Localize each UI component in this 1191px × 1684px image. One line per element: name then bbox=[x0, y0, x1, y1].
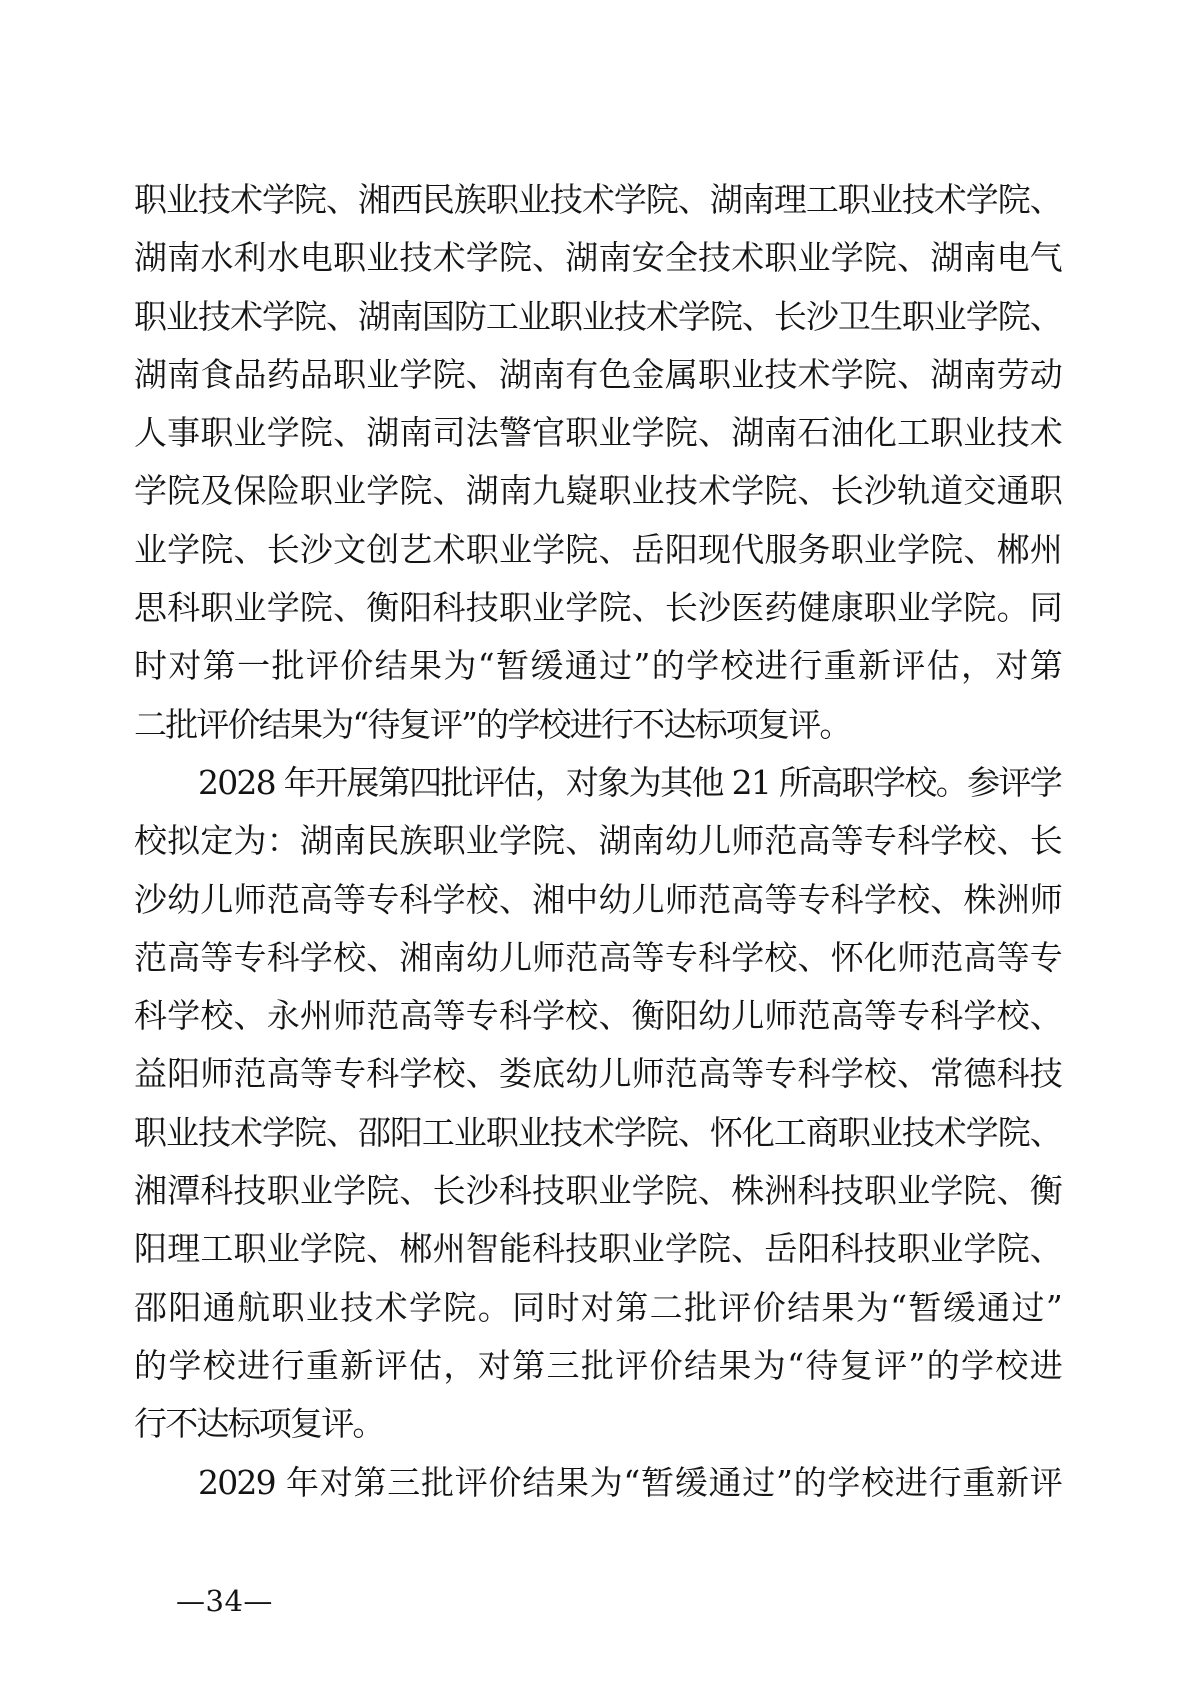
text-line: 学院及保险职业学院、湖南九嶷职业技术学院、长沙轨道交通职 bbox=[134, 462, 1061, 520]
text-line: 的学校进行重新评估，对第三批评价结果为“待复评”的学校进 bbox=[134, 1337, 1061, 1395]
text-line: 湖南食品药品职业学院、湖南有色金属职业技术学院、湖南劳动 bbox=[134, 346, 1061, 404]
text-line: 职业技术学院、邵阳工业职业技术学院、怀化工商职业技术学院、 bbox=[134, 1104, 1061, 1162]
text-block: 职业技术学院、湘西民族职业技术学院、湖南理工职业技术学院、湖南水利水电职业技术学… bbox=[134, 171, 1061, 1512]
text-line: 行不达标项复评。 bbox=[134, 1395, 1061, 1453]
text-line: 时对第一批评价结果为“暂缓通过”的学校进行重新评估，对第 bbox=[134, 637, 1061, 695]
text-line: 职业技术学院、湘西民族职业技术学院、湖南理工职业技术学院、 bbox=[134, 171, 1061, 229]
text-line: 职业技术学院、湖南国防工业职业技术学院、长沙卫生职业学院、 bbox=[134, 288, 1061, 346]
text-line: 益阳师范高等专科学校、娄底幼儿师范高等专科学校、常德科技 bbox=[134, 1045, 1061, 1103]
text-line: 邵阳通航职业技术学院。同时对第二批评价结果为“暂缓通过” bbox=[134, 1279, 1061, 1337]
text-line: 沙幼儿师范高等专科学校、湘中幼儿师范高等专科学校、株洲师 bbox=[134, 871, 1061, 929]
page-number: —34— bbox=[176, 1584, 273, 1618]
text-line: 科学校、永州师范高等专科学校、衡阳幼儿师范高等专科学校、 bbox=[134, 987, 1061, 1045]
text-line: 校拟定为：湖南民族职业学院、湖南幼儿师范高等专科学校、长 bbox=[134, 812, 1061, 870]
text-line: 2029 年对第三批评价结果为“暂缓通过”的学校进行重新评 bbox=[134, 1454, 1061, 1512]
text-line: 湖南水利水电职业技术学院、湖南安全技术职业学院、湖南电气 bbox=[134, 229, 1061, 287]
text-line: 人事职业学院、湖南司法警官职业学院、湖南石油化工职业技术 bbox=[134, 404, 1061, 462]
text-line: 范高等专科学校、湘南幼儿师范高等专科学校、怀化师范高等专 bbox=[134, 929, 1061, 987]
text-line: 2028 年开展第四批评估，对象为其他 21 所高职学校。参评学 bbox=[134, 754, 1061, 812]
text-line: 业学院、长沙文创艺术职业学院、岳阳现代服务职业学院、郴州 bbox=[134, 521, 1061, 579]
document-page: 职业技术学院、湘西民族职业技术学院、湖南理工职业技术学院、湖南水利水电职业技术学… bbox=[0, 0, 1191, 1684]
text-line: 思科职业学院、衡阳科技职业学院、长沙医药健康职业学院。同 bbox=[134, 579, 1061, 637]
text-line: 湘潭科技职业学院、长沙科技职业学院、株洲科技职业学院、衡 bbox=[134, 1162, 1061, 1220]
text-line: 二批评价结果为“待复评”的学校进行不达标项复评。 bbox=[134, 696, 1061, 754]
text-line: 阳理工职业学院、郴州智能科技职业学院、岳阳科技职业学院、 bbox=[134, 1220, 1061, 1278]
